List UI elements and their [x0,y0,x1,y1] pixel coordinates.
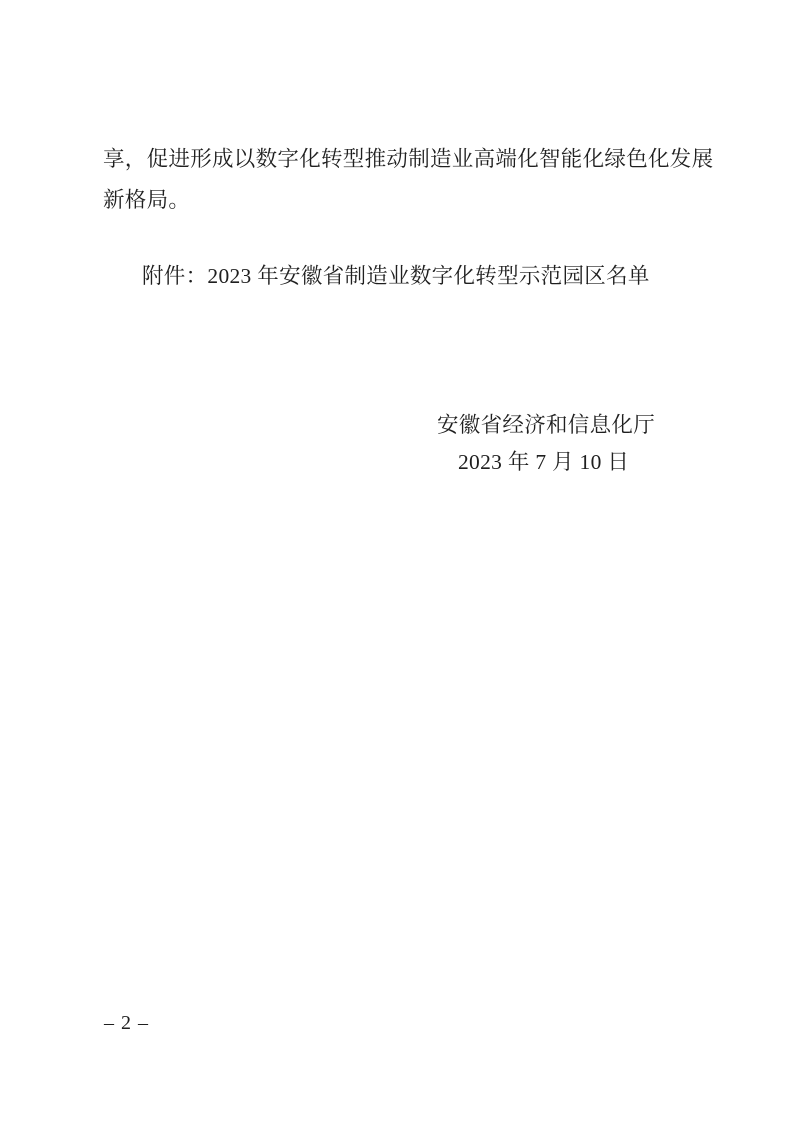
page-number: – 2 – [104,1013,149,1033]
document-page: 享，促进形成以数字化转型推动制造业高端化智能化绿色化发展 新格局。 附件：202… [0,0,793,1122]
signature-date: 2023 年 7 月 10 日 [458,452,629,474]
attachment-reference-line: 附件：2023 年安徽省制造业数字化转型示范园区名单 [142,266,650,288]
body-paragraph-line-2: 新格局。 [103,190,190,212]
body-paragraph-line-1: 享，促进形成以数字化转型推动制造业高端化智能化绿色化发展 [103,149,713,171]
signature-agency-name: 安徽省经济和信息化厅 [437,415,655,437]
